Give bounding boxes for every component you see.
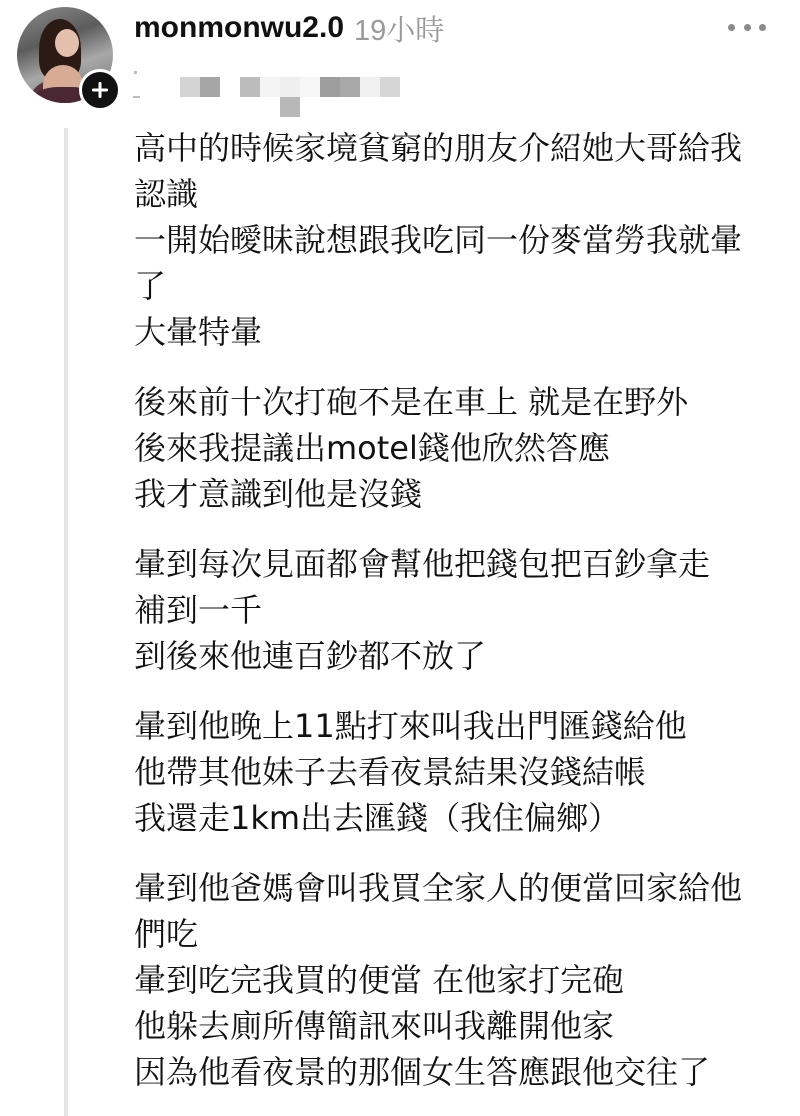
post-body: 高中的時候家境貧窮的朋友介紹她大哥給我 認識 一開始曖昧說想跟我吃同一份麥當勞我… [134,125,784,1116]
text-line: 暈到每次見面都會幫他把錢包把百鈔拿走 [134,541,784,587]
paragraph: 後來前十次打砲不是在車上 就是在野外 後來我提議出motel錢他欣然答應 我才意… [134,379,784,517]
text-line: 了 [134,263,784,309]
text-line: 後來前十次打砲不是在車上 就是在野外 [134,379,784,425]
text-line: 因為他看夜景的那個女生答應跟他交往了 [134,1049,784,1095]
text-line: 高中的時候家境貧窮的朋友介紹她大哥給我 [134,125,784,171]
username-link[interactable]: monmonwu2.0 [134,11,344,45]
text-line: 我才意識到他是沒錢 [134,471,784,517]
text-line: 一開始曖昧說想跟我吃同一份麥當勞我就暈 [134,217,784,263]
text-line: 他躲去廁所傳簡訊來叫我離開他家 [134,1003,784,1049]
paragraph: 暈到每次見面都會幫他把錢包把百鈔拿走 補到一千 到後來他連百鈔都不放了 [134,541,784,679]
follow-button[interactable] [79,69,121,111]
plus-icon [90,80,110,100]
timestamp: 19小時 [354,8,444,49]
paragraph: 高中的時候家境貧窮的朋友介紹她大哥給我 認識 一開始曖昧說想跟我吃同一份麥當勞我… [134,125,784,355]
text-line: 暈到吃完我買的便當 在他家打完砲 [134,957,784,1003]
post-header: monmonwu2.0 19小時 [134,6,444,50]
text-line: 大暈特暈 [134,309,784,355]
paragraph: 暈到他爸媽會叫我買全家人的便當回家給他 們吃 暈到吃完我買的便當 在他家打完砲 … [134,865,784,1095]
text-line: 認識 [134,171,784,217]
text-line: 我還走1km出去匯錢（我住偏鄉） [134,795,784,841]
text-line: 們吃 [134,911,784,957]
text-line: 暈到他晚上11點打來叫我出門匯錢給他 [134,703,784,749]
thread-line [64,128,68,1116]
more-options-button[interactable] [724,14,770,40]
paragraph: 暈到他晚上11點打來叫我出門匯錢給他 他帶其他妹子去看夜景結果沒錢結帳 我還走1… [134,703,784,841]
text-line: 暈到他爸媽會叫我買全家人的便當回家給他 [134,865,784,911]
text-line: 後來我提議出motel錢他欣然答應 [134,425,784,471]
threads-post: monmonwu2.0 19小時 高中的時候家境貧窮的朋友介紹她大哥給我 認識 … [0,0,800,1116]
text-line: 補到一千 [134,587,784,633]
more-horizontal-icon-dot [744,24,751,31]
avatar-face [55,29,79,57]
text-line: 他帶其他妹子去看夜景結果沒錢結帳 [134,749,784,795]
more-horizontal-icon-dot [728,24,735,31]
more-horizontal-icon-dot [759,24,766,31]
text-line: 到後來他連百鈔都不放了 [134,633,784,679]
